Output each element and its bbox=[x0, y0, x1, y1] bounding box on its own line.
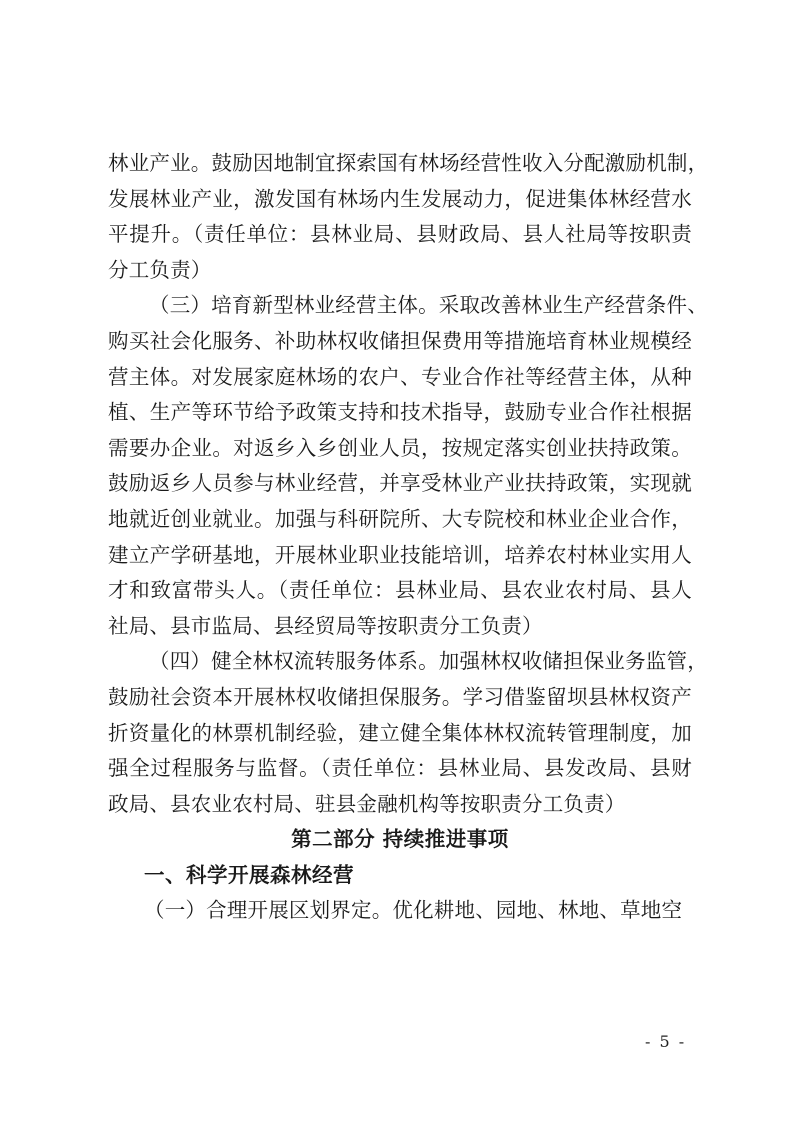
text-line: 折资量化的林票机制经验，建立健全集体林权流转管理制度，加 bbox=[108, 716, 692, 752]
text-line: 社局、县市监局、县经贸局等按职责分工负责） bbox=[108, 609, 692, 645]
section-four-heading-line: （四）健全林权流转服务体系。加强林权收储担保业务监管， bbox=[108, 644, 692, 680]
chapter-one-heading: 一、科学开展森林经营 bbox=[108, 858, 692, 894]
page-number: - 5 - bbox=[645, 1032, 686, 1051]
text-line: 植、生产等环节给予政策支持和技术指导，鼓励专业合作社根据 bbox=[108, 395, 692, 431]
part-two-title: 第二部分 持续推进事项 bbox=[108, 822, 692, 858]
text-line: 营主体。对发展家庭林场的农户、专业合作社等经营主体，从种 bbox=[108, 360, 692, 396]
section-three-heading-line: （三）培育新型林业经营主体。采取改善林业生产经营条件、 bbox=[108, 288, 692, 324]
text-line: 建立产学研基地，开展林业职业技能培训，培养农村林业实用人 bbox=[108, 538, 692, 574]
text-line: 政局、县农业农村局、驻县金融机构等按职责分工负责） bbox=[108, 787, 692, 823]
text-line: 强全过程服务与监督。（责任单位：县林业局、县发改局、县财 bbox=[108, 751, 692, 787]
text-line: 林业产业。鼓励因地制宜探索国有林场经营性收入分配激励机制， bbox=[108, 146, 692, 182]
document-page: 林业产业。鼓励因地制宜探索国有林场经营性收入分配激励机制， 发展林业产业，激发国… bbox=[0, 0, 793, 1122]
text-line: 购买社会化服务、补助林权收储担保费用等措施培育林业规模经 bbox=[108, 324, 692, 360]
text-line: 分工负责） bbox=[108, 253, 692, 289]
text-line: 鼓励社会资本开展林权收储担保服务。学习借鉴留坝县林权资产 bbox=[108, 680, 692, 716]
subsection-one-heading-line: （一）合理开展区划界定。优化耕地、园地、林地、草地空 bbox=[108, 893, 692, 929]
text-line: 平提升。（责任单位：县林业局、县财政局、县人社局等按职责 bbox=[108, 217, 692, 253]
text-line: 地就近创业就业。加强与科研院所、大专院校和林业企业合作， bbox=[108, 502, 692, 538]
document-body: 林业产业。鼓励因地制宜探索国有林场经营性收入分配激励机制， 发展林业产业，激发国… bbox=[108, 146, 692, 929]
text-line: 鼓励返乡人员参与林业经营，并享受林业产业扶持政策，实现就 bbox=[108, 466, 692, 502]
text-line: 才和致富带头人。（责任单位：县林业局、县农业农村局、县人 bbox=[108, 573, 692, 609]
text-line: 发展林业产业，激发国有林场内生发展动力，促进集体林经营水 bbox=[108, 182, 692, 218]
text-line: 需要办企业。对返乡入乡创业人员，按规定落实创业扶持政策。 bbox=[108, 431, 692, 467]
